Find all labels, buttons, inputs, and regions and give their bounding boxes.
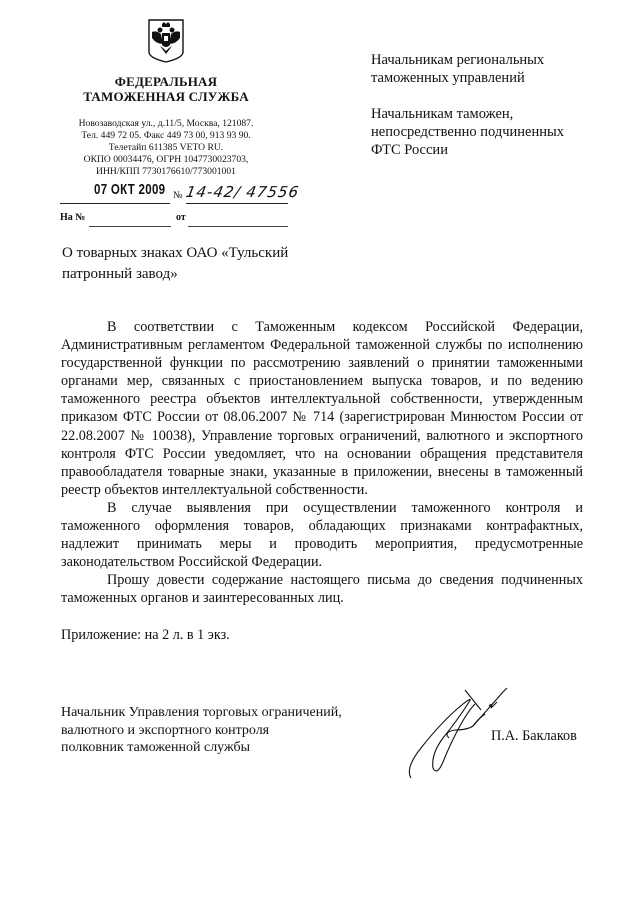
recipients-block: Начальникам региональных таможенных упра… [371, 51, 601, 177]
attachment-note: Приложение: на 2 л. в 1 экз. [61, 627, 230, 644]
signer-title-line: Начальник Управления торговых ограничени… [61, 704, 381, 722]
org-name-line2: ТАМОЖЕННАЯ СЛУЖБА [60, 89, 272, 104]
recipient-line: Начальникам таможен, [371, 105, 601, 123]
reference-number-label: На № [60, 212, 85, 223]
letter-subject: О товарных знаках ОАО «Тульский патронны… [62, 243, 302, 285]
recipient-line: Начальникам региональных [371, 51, 601, 69]
body-paragraph: В соответствии с Таможенным кодексом Рос… [61, 318, 583, 499]
recipient-line: таможенных управлений [371, 69, 601, 87]
registration-date: 07 ОКТ 2009 [94, 183, 184, 198]
registration-number-label: № [173, 190, 183, 201]
signer-name: П.А. Баклаков [491, 728, 577, 745]
org-codes: ОКПО 00034476, ОГРН 1047730023703, [60, 154, 272, 166]
org-address: Новозаводская ул., д.11/5, Москва, 12108… [60, 118, 272, 130]
signer-title-line: валютного и экспортного контроля [61, 722, 381, 740]
recipient-group: Начальникам таможен, непосредственно под… [371, 105, 601, 159]
reference-number-blank [89, 226, 171, 227]
registration-number: 14-42/ 47556 [184, 183, 300, 201]
reference-date-label: от [176, 212, 186, 223]
signer-title: Начальник Управления торговых ограничени… [61, 704, 381, 757]
body-paragraph: Прошу довести содержание настоящего пись… [61, 571, 583, 607]
recipient-line: ФТС России [371, 141, 601, 159]
subject-line2: патронный завод» [62, 264, 302, 285]
organization-contacts: Новозаводская ул., д.11/5, Москва, 12108… [60, 118, 272, 178]
number-underline [186, 203, 288, 204]
org-phones: Тел. 449 72 05. Факс 449 73 00, 913 93 9… [60, 130, 272, 142]
body-paragraph: В случае выявления при осуществлении там… [61, 499, 583, 571]
letter-body: В соответствии с Таможенным кодексом Рос… [61, 318, 583, 608]
org-teletype: Телетайп 611385 VETO RU. [60, 142, 272, 154]
signer-title-line: полковник таможенной службы [61, 739, 381, 757]
recipient-group: Начальникам региональных таможенных упра… [371, 51, 601, 87]
organization-name: ФЕДЕРАЛЬНАЯ ТАМОЖЕННАЯ СЛУЖБА [60, 74, 272, 104]
org-name-line1: ФЕДЕРАЛЬНАЯ [60, 74, 272, 89]
coat-of-arms-icon [147, 18, 185, 64]
reference-date-blank [188, 226, 288, 227]
subject-line1: О товарных знаках ОАО «Тульский [62, 243, 302, 264]
recipient-line: непосредственно подчиненных [371, 123, 601, 141]
date-underline [60, 203, 170, 204]
org-inn-kpp: ИНН/КПП 7730176610/773001001 [60, 166, 272, 178]
